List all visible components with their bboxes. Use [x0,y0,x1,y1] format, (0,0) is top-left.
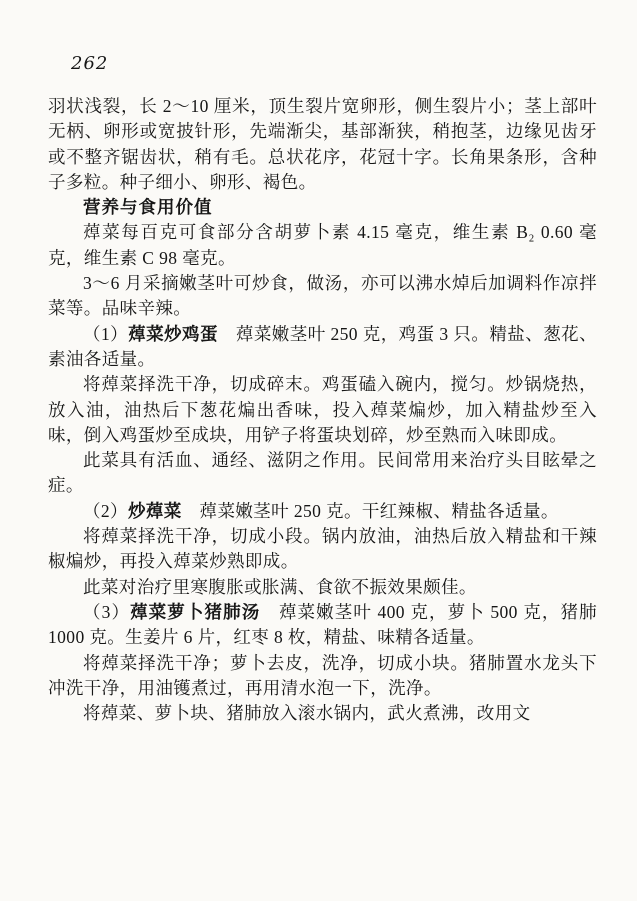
page-number: 262 [71,53,108,74]
body-paragraph: 将蔊菜择洗干净，切成碎末。鸡蛋磕入碗内，搅匀。炒锅烧热，放入油，油热后下葱花煸出… [48,372,597,448]
recipe-paragraph: （2）炒蔊菜 蔊菜嫩茎叶 250 克。干红辣椒、精盐各适量。 [48,499,597,524]
body-paragraph: 此菜具有活血、通经、滋阴之作用。民间常用来治疗头目眩晕之症。 [48,448,597,499]
recipe-body: 蔊菜嫩茎叶 250 克。干红辣椒、精盐各适量。 [182,501,559,521]
body-paragraph: 羽状浅裂，长 2～10 厘米，顶生裂片宽卵形，侧生裂片小；茎上部叶无柄、卵形或宽… [48,94,597,195]
recipe-paragraph: （1）蔊菜炒鸡蛋 蔊菜嫩茎叶 250 克，鸡蛋 3 只。精盐、葱花、素油各适量。 [48,322,597,373]
recipe-name: 蔊菜炒鸡蛋 [128,324,218,344]
recipe-name: 蔊菜萝卜猪肺汤 [130,602,260,622]
book-page: 262 羽状浅裂，长 2～10 厘米，顶生裂片宽卵形，侧生裂片小；茎上部叶无柄、… [0,0,637,901]
page-body: 羽状浅裂，长 2～10 厘米，顶生裂片宽卵形，侧生裂片小；茎上部叶无柄、卵形或宽… [48,94,597,726]
body-paragraph: 将蔊菜择洗干净；萝卜去皮，洗净，切成小块。猪肺置水龙头下冲洗干净，用油镬煮过，再… [48,651,597,702]
recipe-number: （3） [83,602,130,622]
recipe-paragraph: （3）蔊菜萝卜猪肺汤 蔊菜嫩茎叶 400 克，萝卜 500 克，猪肺 1000 … [48,600,597,651]
body-paragraph: 将蔊菜、萝卜块、猪肺放入滚水锅内，武火煮沸，改用文 [48,701,597,726]
body-paragraph: 此菜对治疗里寒腹胀或胀满、食欲不振效果颇佳。 [48,575,597,600]
body-paragraph: 3～6 月采摘嫩茎叶可炒食，做汤，亦可以沸水焯后加调料作凉拌菜等。品味辛辣。 [48,271,597,322]
recipe-number: （1） [83,324,128,344]
recipe-number: （2） [83,501,128,521]
body-paragraph: 蔊菜每百克可食部分含胡萝卜素 4.15 毫克，维生素 B₂ 0.60 毫克，维生… [48,220,597,271]
section-heading: 营养与食用价值 [48,195,597,220]
recipe-name: 炒蔊菜 [128,501,182,521]
body-paragraph: 将蔊菜择洗干净，切成小段。锅内放油，油热后放入精盐和干辣椒煸炒，再投入蔊菜炒熟即… [48,524,597,575]
